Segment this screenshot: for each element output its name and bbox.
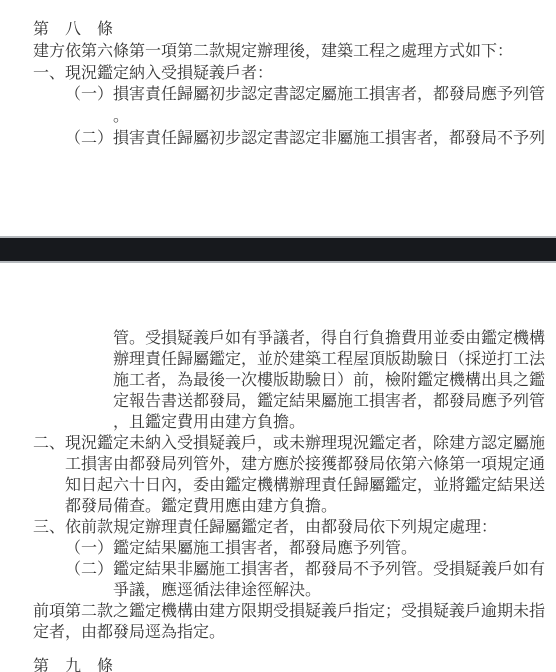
page-break bbox=[0, 236, 556, 263]
page-2-text-block: 管。受損疑義戶如有爭議者，得自行負擔費用並委由鑑定機構辦理責任歸屬鑑定，並於建築… bbox=[33, 327, 549, 642]
document-viewer[interactable]: 第 八 條建方依第六條第一項第二款規定辦理後，建築工程之處理方式如下：一、現況鑑… bbox=[0, 0, 556, 672]
item-2-continuation: 都發局備查。鑑定費用應由建方負擔。 bbox=[33, 495, 549, 516]
item-1-sub-2-continuation: 辦理責任歸屬鑑定，並於建築工程屋頂版勘驗日（採逆打工法 bbox=[33, 348, 549, 369]
item-2-continuation: 知日起六十日內，委由鑑定機構辦理責任歸屬鑑定，並將鑑定結果送 bbox=[33, 474, 549, 495]
item-3-sub-2: （二）鑑定結果非屬施工損害者，都發局不予列管。受損疑義戶如有 bbox=[33, 558, 549, 579]
article-8-paragraph-2-continuation: 定者，由都發局逕為指定。 bbox=[33, 621, 549, 642]
item-1-sub-2-continuation: 施工者，為最後一次樓版勘驗日）前，檢附鑑定機構出具之鑑 bbox=[33, 369, 549, 390]
item-1-sub-1-continuation: 。 bbox=[33, 105, 549, 127]
item-1: 一、現況鑑定納入受損疑義戶者： bbox=[33, 62, 549, 84]
item-1-sub-2: （二）損害責任歸屬初步認定書認定非屬施工損害者，都發局不予列 bbox=[33, 127, 549, 149]
item-1-sub-2-continuation: ，且鑑定費用由建方負擔。 bbox=[33, 411, 549, 432]
item-3-sub-1: （一）鑑定結果屬施工損害者，都發局應予列管。 bbox=[33, 537, 549, 558]
item-2: 二、現況鑑定未納入受損疑義戶，或未辦理現況鑑定者，除建方認定屬施 bbox=[33, 432, 549, 453]
article-8-intro: 建方依第六條第一項第二款規定辦理後，建築工程之處理方式如下： bbox=[33, 40, 549, 62]
page-1-text-block: 第 八 條建方依第六條第一項第二款規定辦理後，建築工程之處理方式如下：一、現況鑑… bbox=[33, 18, 549, 149]
page-gap-bar bbox=[0, 238, 556, 261]
item-1-sub-2-continuation: 定報告書送都發局，鑑定結果屬施工損害者，都發局應予列管 bbox=[33, 390, 549, 411]
item-1-sub-1: （一）損害責任歸屬初步認定書認定屬施工損害者，都發局應予列管 bbox=[33, 83, 549, 105]
item-3: 三、依前款規定辦理責任歸屬鑑定者，由都發局依下列規定處理： bbox=[33, 516, 549, 537]
item-3-sub-2-continuation: 爭議，應逕循法律途徑解決。 bbox=[33, 579, 549, 600]
article-8-paragraph-2: 前項第二款之鑑定機構由建方限期受損疑義戶指定；受損疑義戶逾期未指 bbox=[33, 600, 549, 621]
item-1-sub-2-continuation: 管。受損疑義戶如有爭議者，得自行負擔費用並委由鑑定機構 bbox=[33, 327, 549, 348]
page-2-top-edge bbox=[0, 261, 556, 263]
item-2-continuation: 工損害由都發局列管外，建方應於接獲都發局依第六條第一項規定通 bbox=[33, 453, 549, 474]
article-8-heading: 第 八 條 bbox=[33, 18, 549, 40]
article-9-heading: 第 九 條 bbox=[33, 655, 113, 672]
